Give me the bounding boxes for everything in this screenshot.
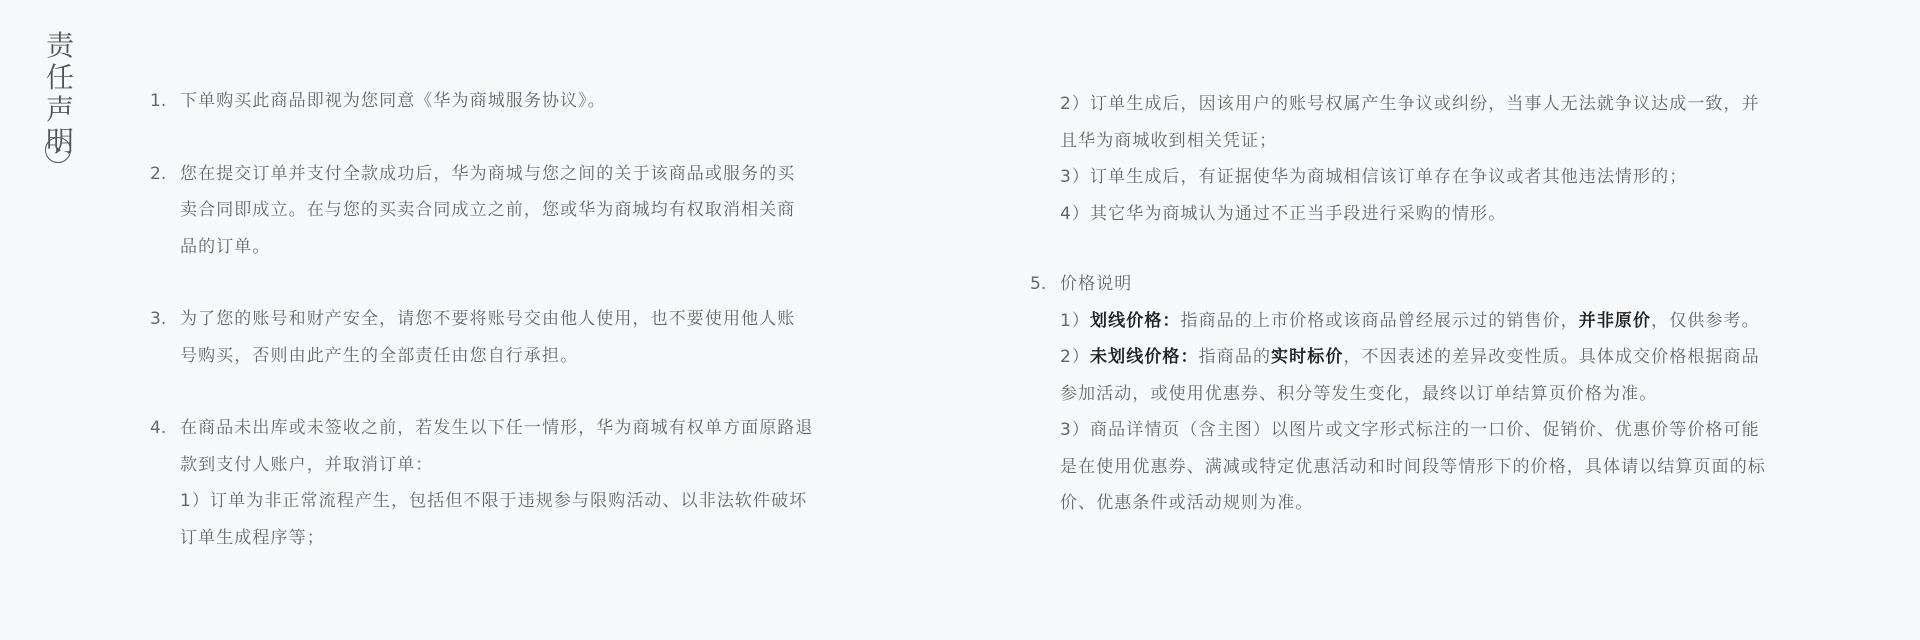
sub-item-text-line: 参加活动，或使用优惠券、积分等发生变化，最终以订单结算页价格为准。 — [1060, 376, 1798, 413]
item-text-line: 号购买，否则由此产生的全部责任由您自行承担。 — [180, 338, 845, 375]
disclaimer-item-2: 2. 您在提交订单并支付全款成功后，华为商城与您之间的关于该商品或服务的买 卖合… — [150, 156, 845, 266]
disclaimer-right-column: 2）订单生成后，因该用户的账号权属产生争议或纠纷，当事人无法就争议达成一致，并 … — [1030, 86, 1798, 558]
item-text-line: 您在提交订单并支付全款成功后，华为商城与您之间的关于该商品或服务的买 — [180, 156, 845, 193]
sub-item-text: 指商品的 — [1199, 347, 1271, 367]
item-number: 5. — [1030, 266, 1046, 303]
disclaimer-left-column: 1. 下单购买此商品即视为您同意《华为商城服务协议》。 2. 您在提交订单并支付… — [150, 83, 845, 592]
item-heading: 价格说明 — [1060, 266, 1798, 303]
item-number: 3. — [150, 301, 166, 338]
item-text-line: 款到支付人账户，并取消订单： — [180, 447, 845, 484]
sub-item-prefix: 1） — [1060, 311, 1090, 331]
item-text-line: 为了您的账号和财产安全，请您不要将账号交由他人使用，也不要使用他人账 — [180, 301, 845, 338]
item-number: 1. — [150, 83, 166, 120]
price-rule-non-strikethrough: 2）未划线价格：指商品的实时标价，不因表述的差异改变性质。具体成交价格根据商品 — [1060, 339, 1798, 376]
bold-term: 并非原价 — [1579, 311, 1651, 331]
expand-toggle-button[interactable] — [45, 137, 71, 163]
sub-item-prefix: 2） — [1060, 347, 1090, 367]
sub-item-text-line: 1）订单为非正常流程产生，包括但不限于违规参与限购活动、以非法软件破坏 — [180, 483, 845, 520]
section-title-char: 声 — [44, 94, 76, 126]
sub-item-text-line: 3）商品详情页（含主图）以图片或文字形式标注的一口价、促销价、优惠价等价格可能 — [1060, 412, 1798, 449]
item-text-line: 卖合同即成立。在与您的买卖合同成立之前，您或华为商城均有权取消相关商 — [180, 192, 845, 229]
sub-item-text-line: 3）订单生成后，有证据使华为商城相信该订单存在争议或者其他违法情形的； — [1060, 159, 1798, 196]
item-text-line: 品的订单。 — [180, 229, 845, 266]
disclaimer-item-1: 1. 下单购买此商品即视为您同意《华为商城服务协议》。 — [150, 83, 845, 120]
sub-item-text-line: 且华为商城收到相关凭证； — [1060, 123, 1798, 160]
item-text-line: 在商品未出库或未签收之前，若发生以下任一情形，华为商城有权单方面原路退 — [180, 410, 845, 447]
play-icon — [46, 138, 70, 162]
sub-item-text-line: 2）订单生成后，因该用户的账号权属产生争议或纠纷，当事人无法就争议达成一致，并 — [1060, 86, 1798, 123]
item-text: 下单购买此商品即视为您同意《华为商城服务协议》。 — [180, 83, 845, 120]
sub-item-text: ，不因表述的差异改变性质。具体成交价格根据商品 — [1343, 347, 1759, 367]
bold-term: 未划线价格： — [1090, 347, 1199, 367]
sub-item-text-line: 是在使用优惠券、满减或特定优惠活动和时间段等情形下的价格，具体请以结算页面的标 — [1060, 449, 1798, 486]
disclaimer-item-3: 3. 为了您的账号和财产安全，请您不要将账号交由他人使用，也不要使用他人账 号购… — [150, 301, 845, 374]
sub-item-text-line: 订单生成程序等； — [180, 520, 845, 557]
section-title-char: 责 — [44, 30, 76, 62]
sub-item-text-line: 4）其它华为商城认为通过不正当手段进行采购的情形。 — [1060, 196, 1798, 233]
item-number: 2. — [150, 156, 166, 193]
bold-term: 划线价格： — [1090, 311, 1181, 331]
section-title-char: 任 — [44, 62, 76, 94]
disclaimer-item-5: 5. 价格说明 1）划线价格：指商品的上市价格或该商品曾经展示过的销售价，并非原… — [1030, 266, 1798, 522]
item-number: 4. — [150, 410, 166, 447]
bold-term: 实时标价 — [1271, 347, 1343, 367]
sub-item-text-line: 价、优惠条件或活动规则为准。 — [1060, 485, 1798, 522]
disclaimer-item-4-continued: 2）订单生成后，因该用户的账号权属产生争议或纠纷，当事人无法就争议达成一致，并 … — [1030, 86, 1798, 232]
sub-item-text: ，仅供参考。 — [1651, 311, 1760, 331]
disclaimer-item-4: 4. 在商品未出库或未签收之前，若发生以下任一情形，华为商城有权单方面原路退 款… — [150, 410, 845, 556]
sub-item-text: 指商品的上市价格或该商品曾经展示过的销售价， — [1181, 311, 1579, 331]
price-rule-strikethrough: 1）划线价格：指商品的上市价格或该商品曾经展示过的销售价，并非原价，仅供参考。 — [1060, 303, 1798, 340]
